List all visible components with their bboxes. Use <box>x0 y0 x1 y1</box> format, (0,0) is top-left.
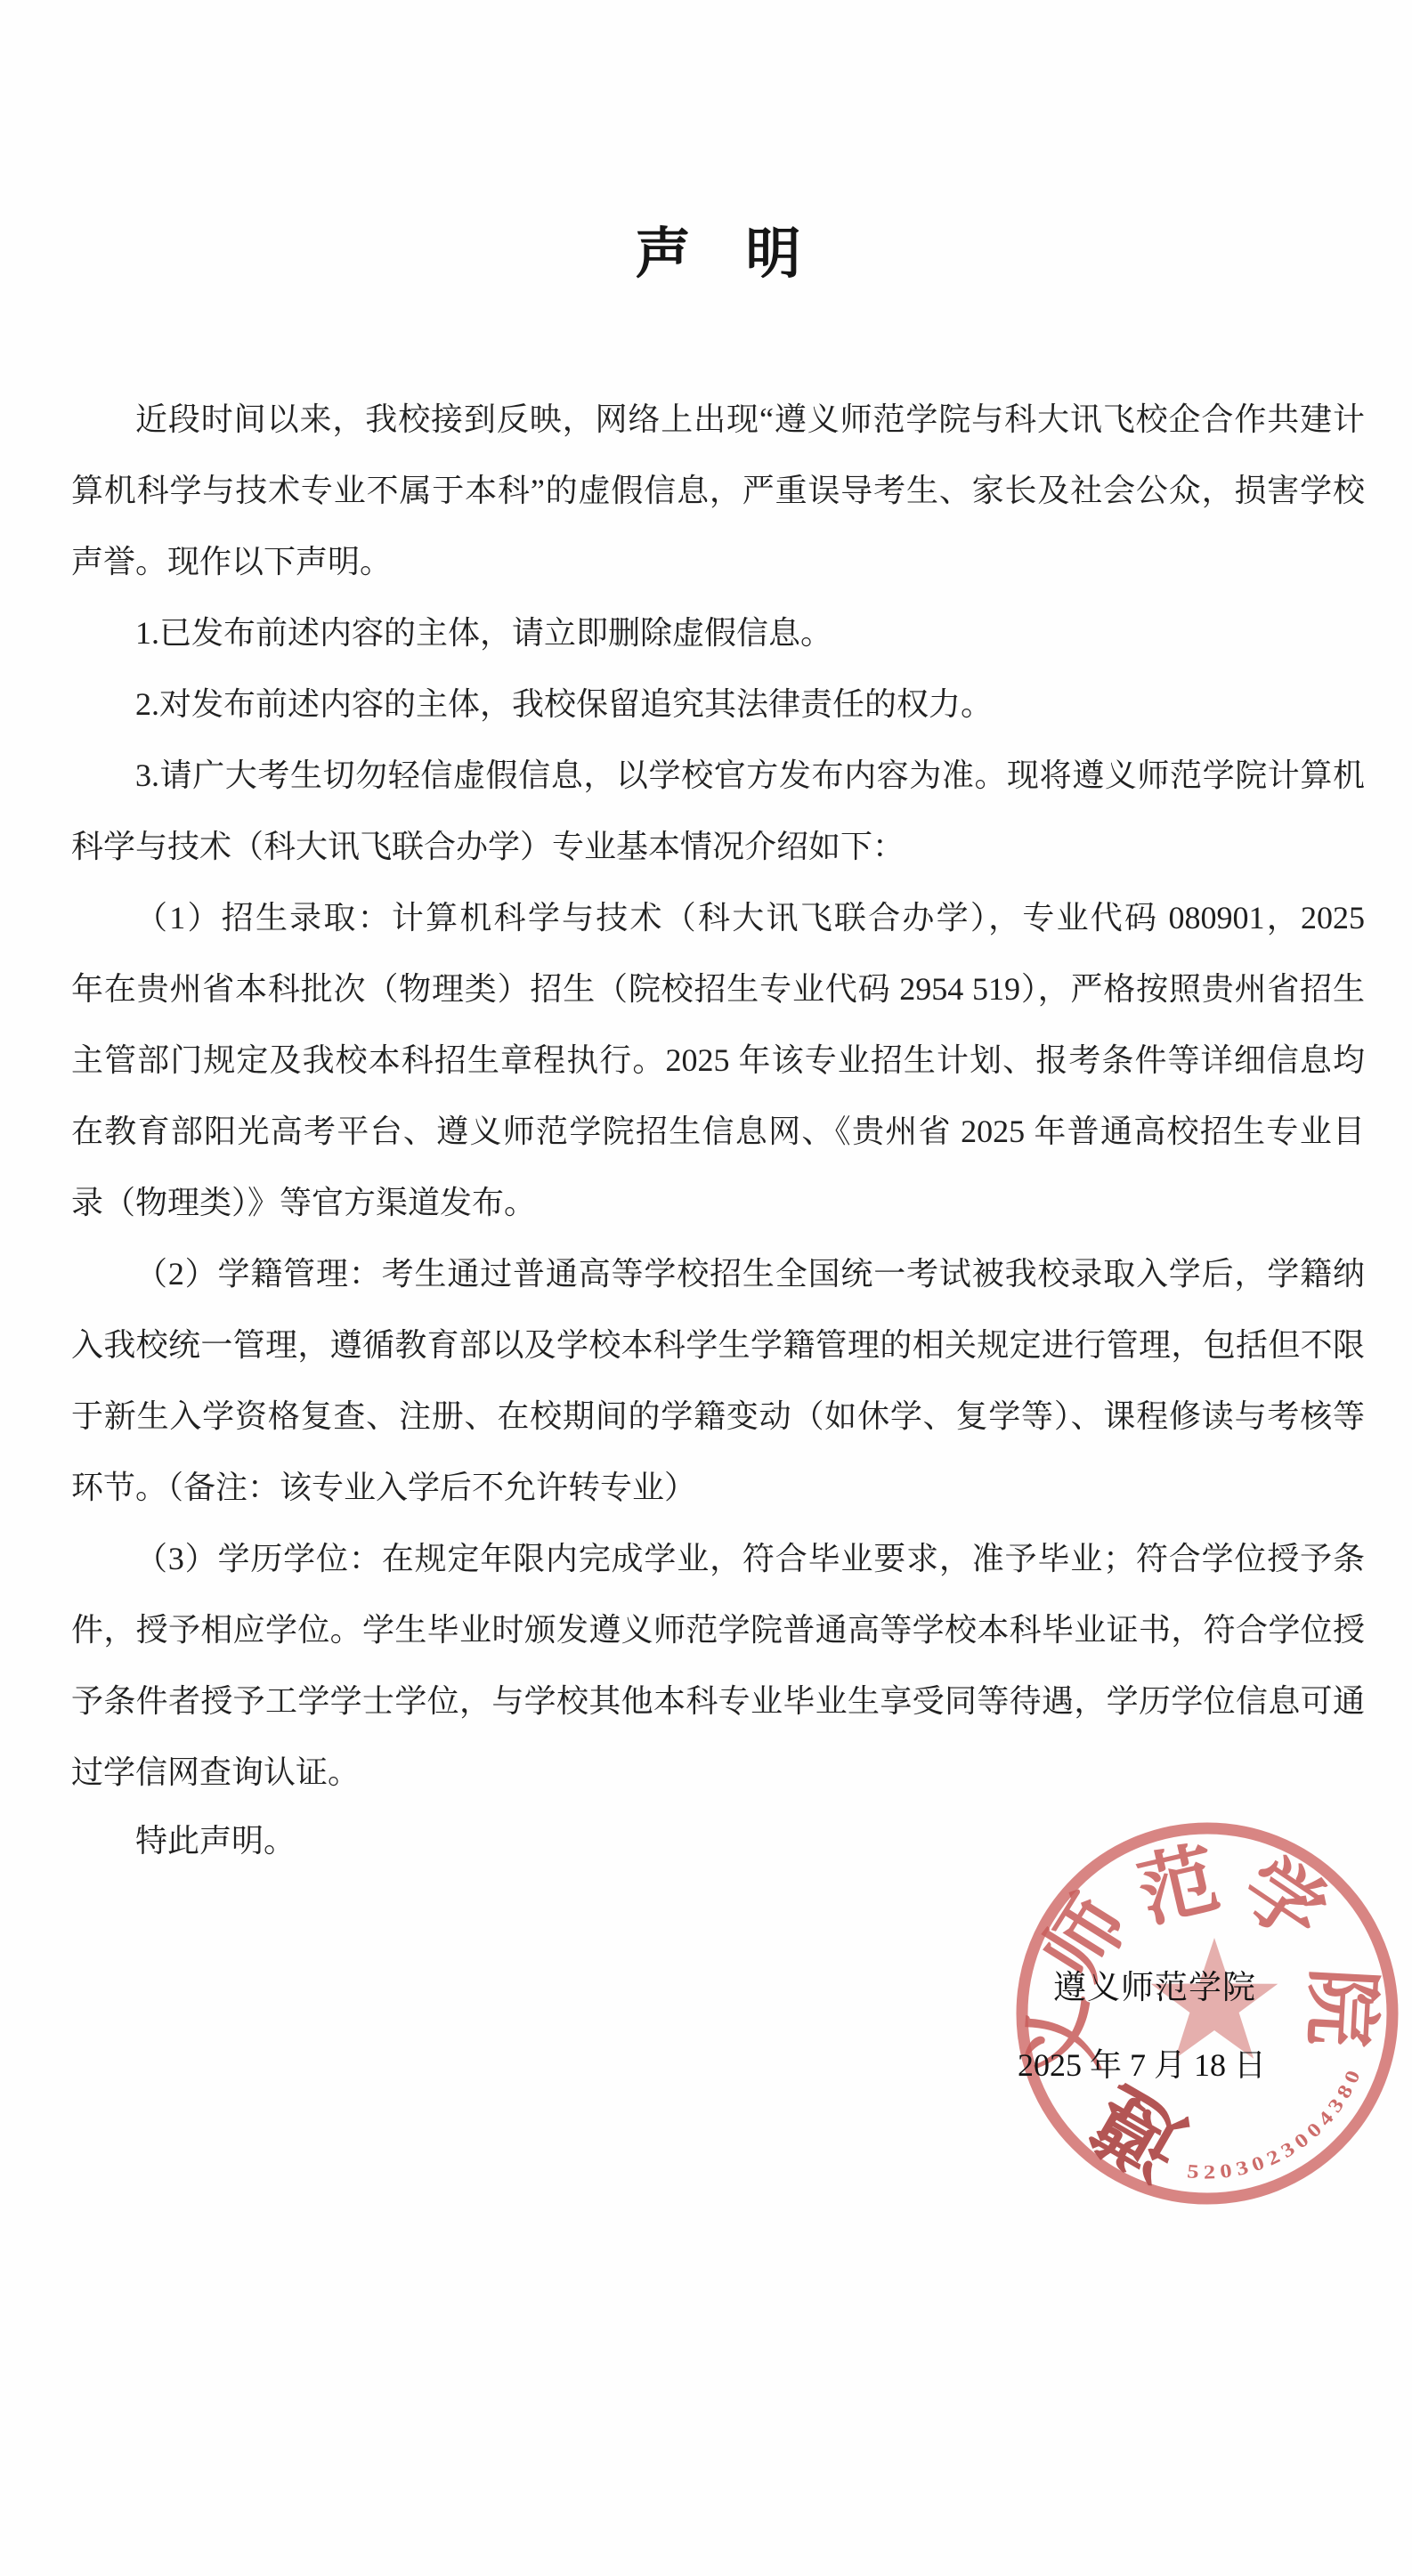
body-line: 声誉。现作以下声明。 <box>71 543 1365 580</box>
body-line: 在教育部阳光高考平台、遵义师范学院招生信息网、《贵州省 2025 年普通高校招生… <box>71 1113 1365 1150</box>
body-line: （2）学籍管理：考生通过普通高等学校招生全国统一考试被我校录取入学后，学籍纳 <box>71 1255 1365 1292</box>
body-line: 科学与技术（科大讯飞联合办学）专业基本情况介绍如下： <box>71 828 1365 865</box>
seal-ring-char: 院 <box>1294 1966 1384 2049</box>
body-line: 入我校统一管理，遵循教育部以及学校本科学生学籍管理的相关规定进行管理，包括但不限 <box>71 1326 1365 1364</box>
signature-date: 2025 年 7 月 18 日 <box>1018 2047 1266 2083</box>
body-line: 2.对发布前述内容的主体，我校保留追究其法律责任的权力。 <box>71 685 1365 723</box>
body-line: 1.已发布前述内容的主体，请立即删除虚假信息。 <box>71 614 1365 652</box>
body-line: 算机科学与技术专业不属于本科”的虚假信息，严重误导考生、家长及社会公众，损害学校 <box>71 472 1365 509</box>
body-line: 近段时间以来，我校接到反映，网络上出现“遵义师范学院与科大讯飞校企合作共建计 <box>71 401 1365 438</box>
body-line: 主管部门规定及我校本科招生章程执行。2025 年该专业招生计划、报考条件等详细信… <box>71 1041 1365 1079</box>
body-line: 环节。（备注：该专业入学后不允许转专业） <box>71 1469 1365 1506</box>
body-line: （3）学历学位：在规定年限内完成学业，符合毕业要求，准予毕业；符合学位授予条 <box>71 1540 1365 1577</box>
official-seal: 遵 义 师 范 学 院 5203023004380 <box>976 1782 1412 2245</box>
body-line: 录（物理类）》等官方渠道发布。 <box>71 1184 1365 1221</box>
body-line: 予条件者授予工学学士学位，与学校其他本科专业毕业生享受同等待遇，学历学位信息可通 <box>71 1682 1365 1720</box>
body-line: 年在贵州省本科批次（物理类）招生（院校招生专业代码 2954 519），严格按照… <box>71 970 1365 1008</box>
seal-ring-char: 范 <box>1131 1836 1227 1938</box>
body-line: 3.请广大考生切勿轻信虚假信息，以学校官方发布内容为准。现将遵义师范学院计算机 <box>71 757 1365 794</box>
body-line: （1）招生录取：计算机科学与技术（科大讯飞联合办学），专业代码 080901，2… <box>71 899 1365 936</box>
seal-ring-char: 遵 <box>1079 2069 1201 2194</box>
page-title: 声 明 <box>71 223 1365 287</box>
scanned-statement-page: 声 明 近段时间以来，我校接到反映，网络上出现“遵义师范学院与科大讯飞校企合作共… <box>0 0 1412 2576</box>
body-line: 于新生入学资格复查、注册、在校期间的学籍变动（如休学、复学等）、课程修读与考核等 <box>71 1397 1365 1435</box>
signature-school-name: 遵义师范学院 <box>1053 1971 1256 2006</box>
body-line: 件，授予相应学位。学生毕业时颁发遵义师范学院普通高等学校本科毕业证书，符合学位授 <box>71 1611 1365 1648</box>
seal-ring-char: 学 <box>1226 1843 1339 1959</box>
